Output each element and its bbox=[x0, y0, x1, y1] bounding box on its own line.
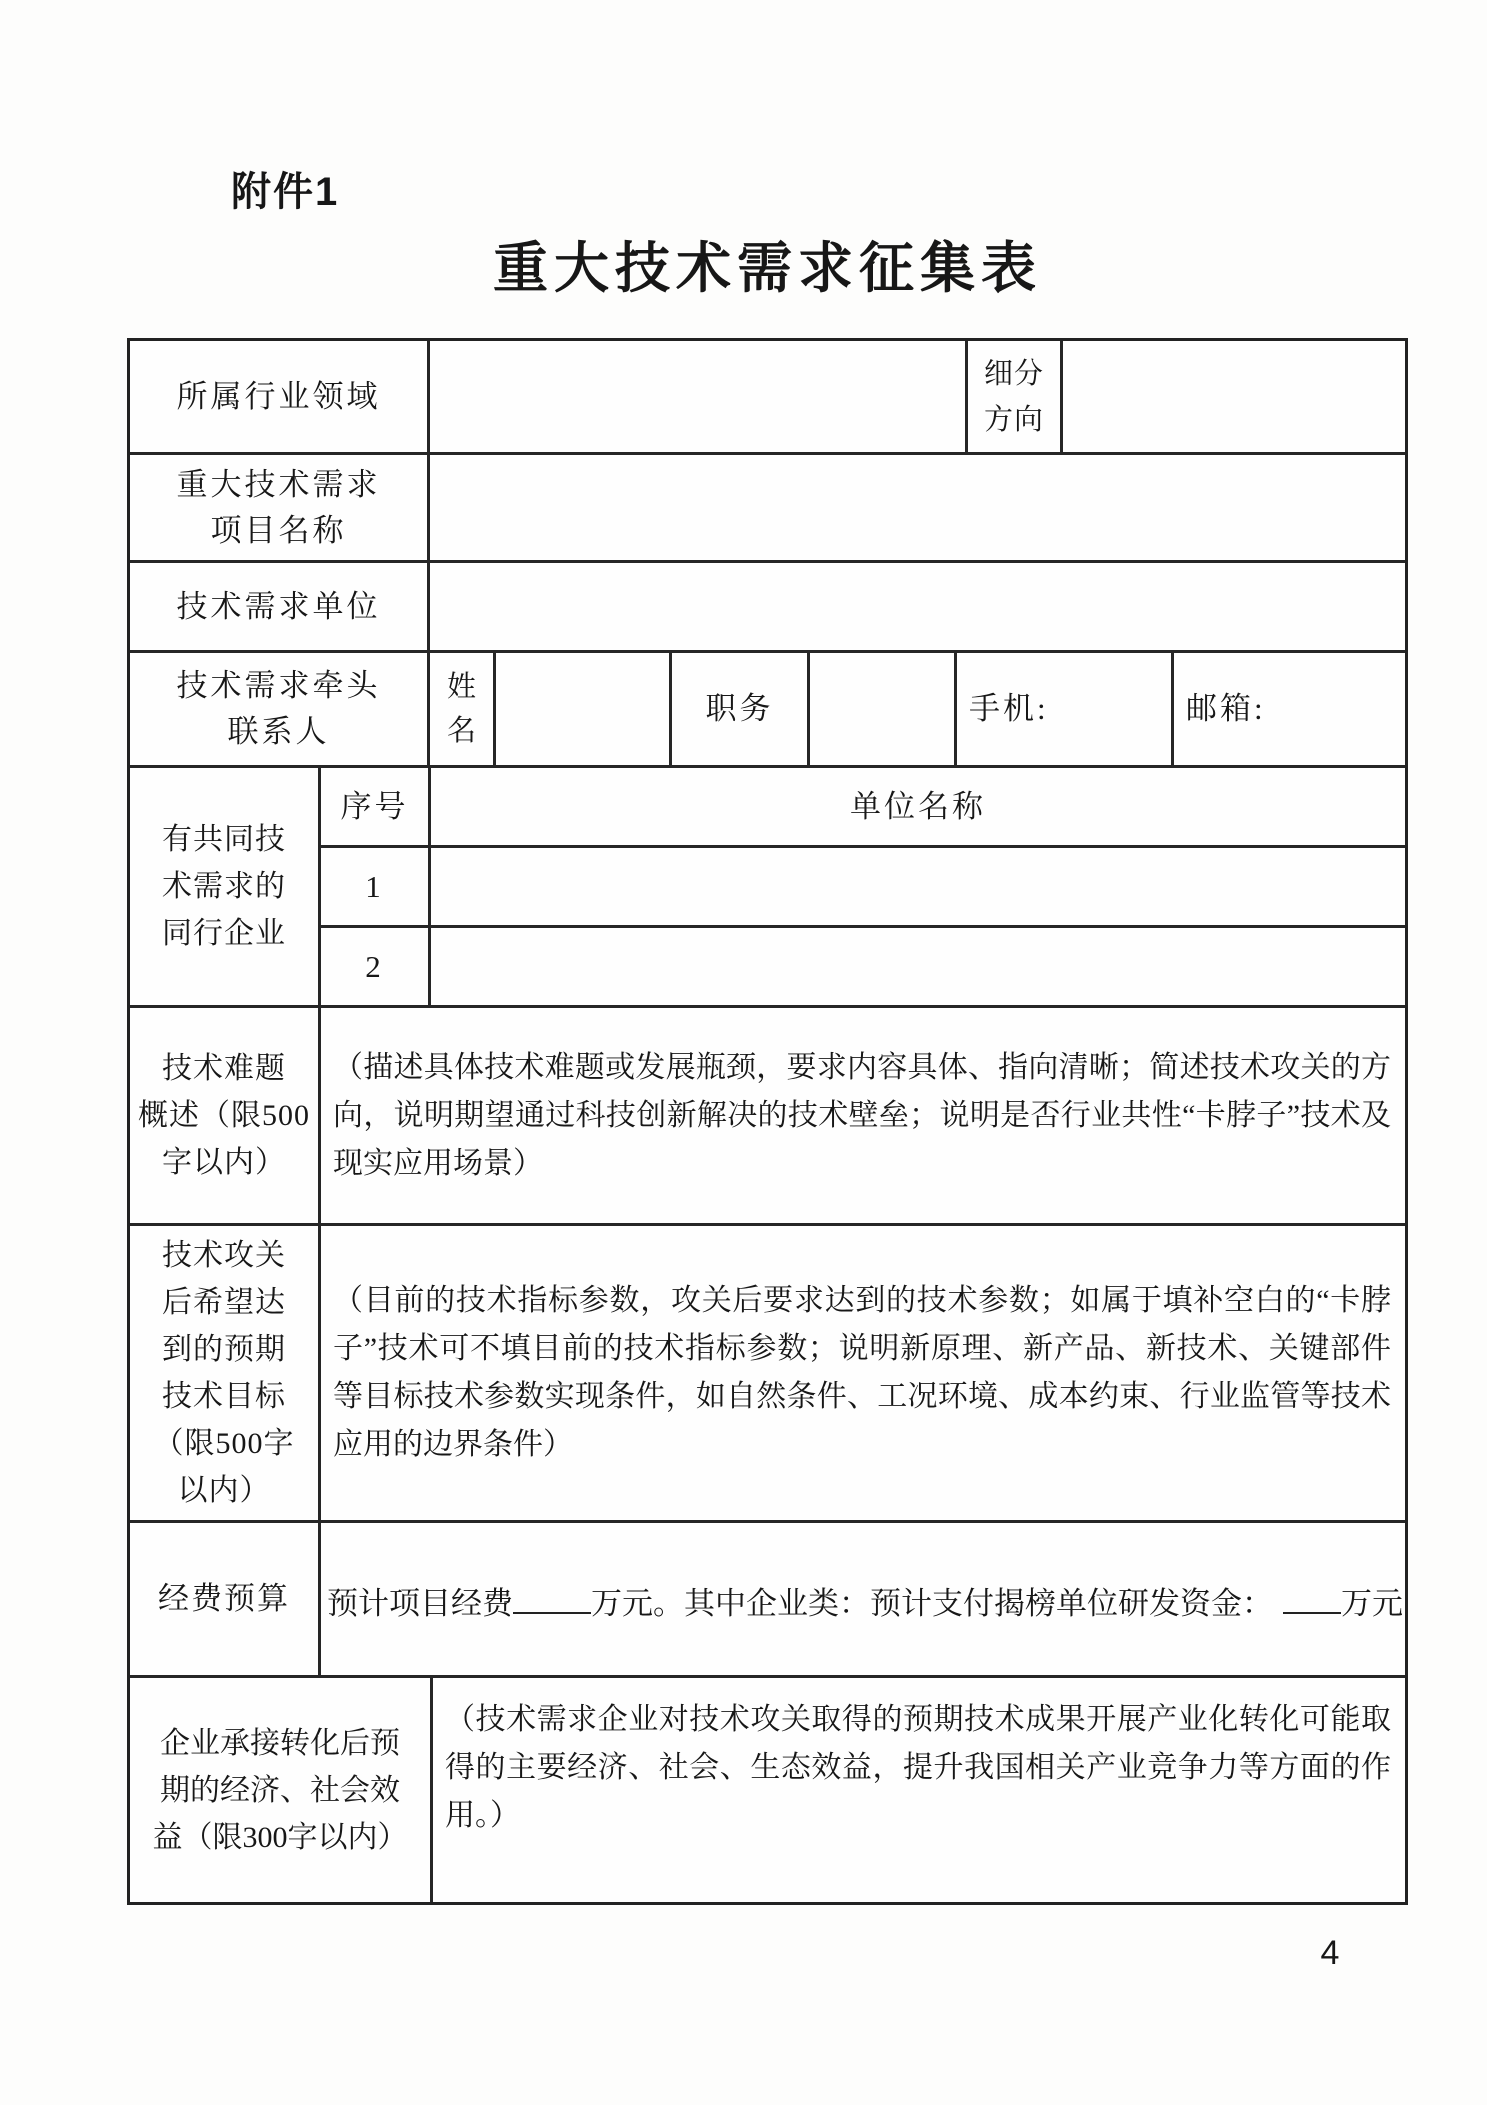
contact-label: 技术需求牵头 联系人 bbox=[130, 653, 430, 765]
scanned-form-page: { "page": { "attachment": "附件1", "title"… bbox=[0, 0, 1487, 2105]
expected-target-label: 技术攻关 后希望达 到的预期 技术目标 （限500字 以内） bbox=[130, 1226, 321, 1520]
contact-email-label: 邮箱: bbox=[1174, 653, 1405, 765]
row-industry: 所属行业领域 细分 方向 bbox=[130, 341, 1405, 455]
contact-mobile-label: 手机: bbox=[957, 653, 1174, 765]
peer-companies-subtable: 序号 单位名称 1 2 bbox=[321, 768, 1405, 1005]
expected-target-hint: （目前的技术指标参数，攻关后要求达到的技术参数；如属于填补空白的“卡脖子”技术可… bbox=[333, 1277, 1391, 1469]
project-name-label: 重大技术需求 项目名称 bbox=[130, 455, 430, 560]
row-tech-difficulty: 技术难题 概述（限500 字以内） （描述具体技术难题或发展瓶颈，要求内容具体、… bbox=[130, 1008, 1405, 1226]
peer-row-2-seq: 2 bbox=[321, 928, 431, 1005]
peer-row-1-seq: 1 bbox=[321, 848, 431, 925]
budget-text-after: 万元 bbox=[1341, 1586, 1403, 1621]
project-name-value-cell bbox=[430, 455, 1405, 560]
budget-line: 预计项目经费万元。其中企业类：预计支付揭榜单位研发资金：万元 bbox=[313, 1576, 1413, 1623]
attachment-label: 附件1 bbox=[231, 160, 339, 217]
row-demand-unit: 技术需求单位 bbox=[130, 563, 1405, 653]
industry-segment-value-cell bbox=[1063, 341, 1405, 452]
row-project-name: 重大技术需求 项目名称 bbox=[130, 455, 1405, 563]
peer-row-1: 1 bbox=[321, 848, 1405, 928]
contact-name-label: 姓 名 bbox=[430, 653, 496, 765]
row-contact: 技术需求牵头 联系人 姓 名 职务 手机: 邮箱: bbox=[130, 653, 1405, 768]
row-expected-target: 技术攻关 后希望达 到的预期 技术目标 （限500字 以内） （目前的技术指标参… bbox=[130, 1226, 1405, 1523]
budget-blank-amount bbox=[513, 1576, 591, 1614]
tech-difficulty-label: 技术难题 概述（限500 字以内） bbox=[130, 1008, 321, 1223]
expected-target-hint-cell: （目前的技术指标参数，攻关后要求达到的技术参数；如属于填补空白的“卡脖子”技术可… bbox=[321, 1226, 1405, 1520]
budget-label: 经费预算 bbox=[130, 1523, 321, 1675]
tech-difficulty-hint: （描述具体技术难题或发展瓶颈，要求内容具体、指向清晰；简述技术攻关的方向，说明期… bbox=[333, 1044, 1391, 1188]
benefit-hint-cell: （技术需求企业对技术攻关取得的预期技术成果开展产业化转化可能取得的主要经济、社会… bbox=[433, 1678, 1405, 1902]
requirements-form-table: 所属行业领域 细分 方向 重大技术需求 项目名称 技术需求单位 技术需求牵头 联… bbox=[127, 338, 1408, 1905]
row-budget: 经费预算 预计项目经费万元。其中企业类：预计支付揭榜单位研发资金：万元 bbox=[130, 1523, 1405, 1678]
demand-unit-label: 技术需求单位 bbox=[130, 563, 430, 650]
industry-segment-label: 细分 方向 bbox=[968, 341, 1063, 452]
demand-unit-value-cell bbox=[430, 563, 1405, 650]
row-peer-companies: 有共同技 术需求的 同行企业 序号 单位名称 1 2 bbox=[130, 768, 1405, 1008]
peer-seq-header: 序号 bbox=[321, 768, 431, 845]
peer-row-1-unit-cell bbox=[431, 848, 1405, 925]
contact-duty-label: 职务 bbox=[672, 653, 810, 765]
peer-row-2-unit-cell bbox=[431, 928, 1405, 1005]
peer-row-2: 2 bbox=[321, 928, 1405, 1005]
contact-name-value-cell bbox=[496, 653, 672, 765]
peer-unit-header: 单位名称 bbox=[431, 768, 1405, 845]
industry-label: 所属行业领域 bbox=[130, 341, 430, 452]
budget-text-middle: 万元。其中企业类：预计支付揭榜单位研发资金： bbox=[591, 1586, 1273, 1621]
budget-text-before: 预计项目经费 bbox=[327, 1586, 513, 1621]
peer-header-row: 序号 单位名称 bbox=[321, 768, 1405, 848]
budget-blank-rd-fund bbox=[1283, 1576, 1341, 1614]
contact-duty-value-cell bbox=[810, 653, 957, 765]
benefit-label: 企业承接转化后预 期的经济、社会效 益（限300字以内） bbox=[130, 1678, 433, 1902]
budget-line-cell: 预计项目经费万元。其中企业类：预计支付揭榜单位研发资金：万元 bbox=[321, 1523, 1405, 1675]
row-benefit: 企业承接转化后预 期的经济、社会效 益（限300字以内） （技术需求企业对技术攻… bbox=[130, 1678, 1405, 1902]
tech-difficulty-hint-cell: （描述具体技术难题或发展瓶颈，要求内容具体、指向清晰；简述技术攻关的方向，说明期… bbox=[321, 1008, 1405, 1223]
peer-companies-label: 有共同技 术需求的 同行企业 bbox=[130, 768, 321, 1005]
benefit-hint: （技术需求企业对技术攻关取得的预期技术成果开展产业化转化可能取得的主要经济、社会… bbox=[445, 1696, 1391, 1840]
page-title: 重大技术需求征集表 bbox=[127, 224, 1408, 303]
page-number: 4 bbox=[1300, 1934, 1360, 1973]
industry-value-cell bbox=[430, 341, 968, 452]
